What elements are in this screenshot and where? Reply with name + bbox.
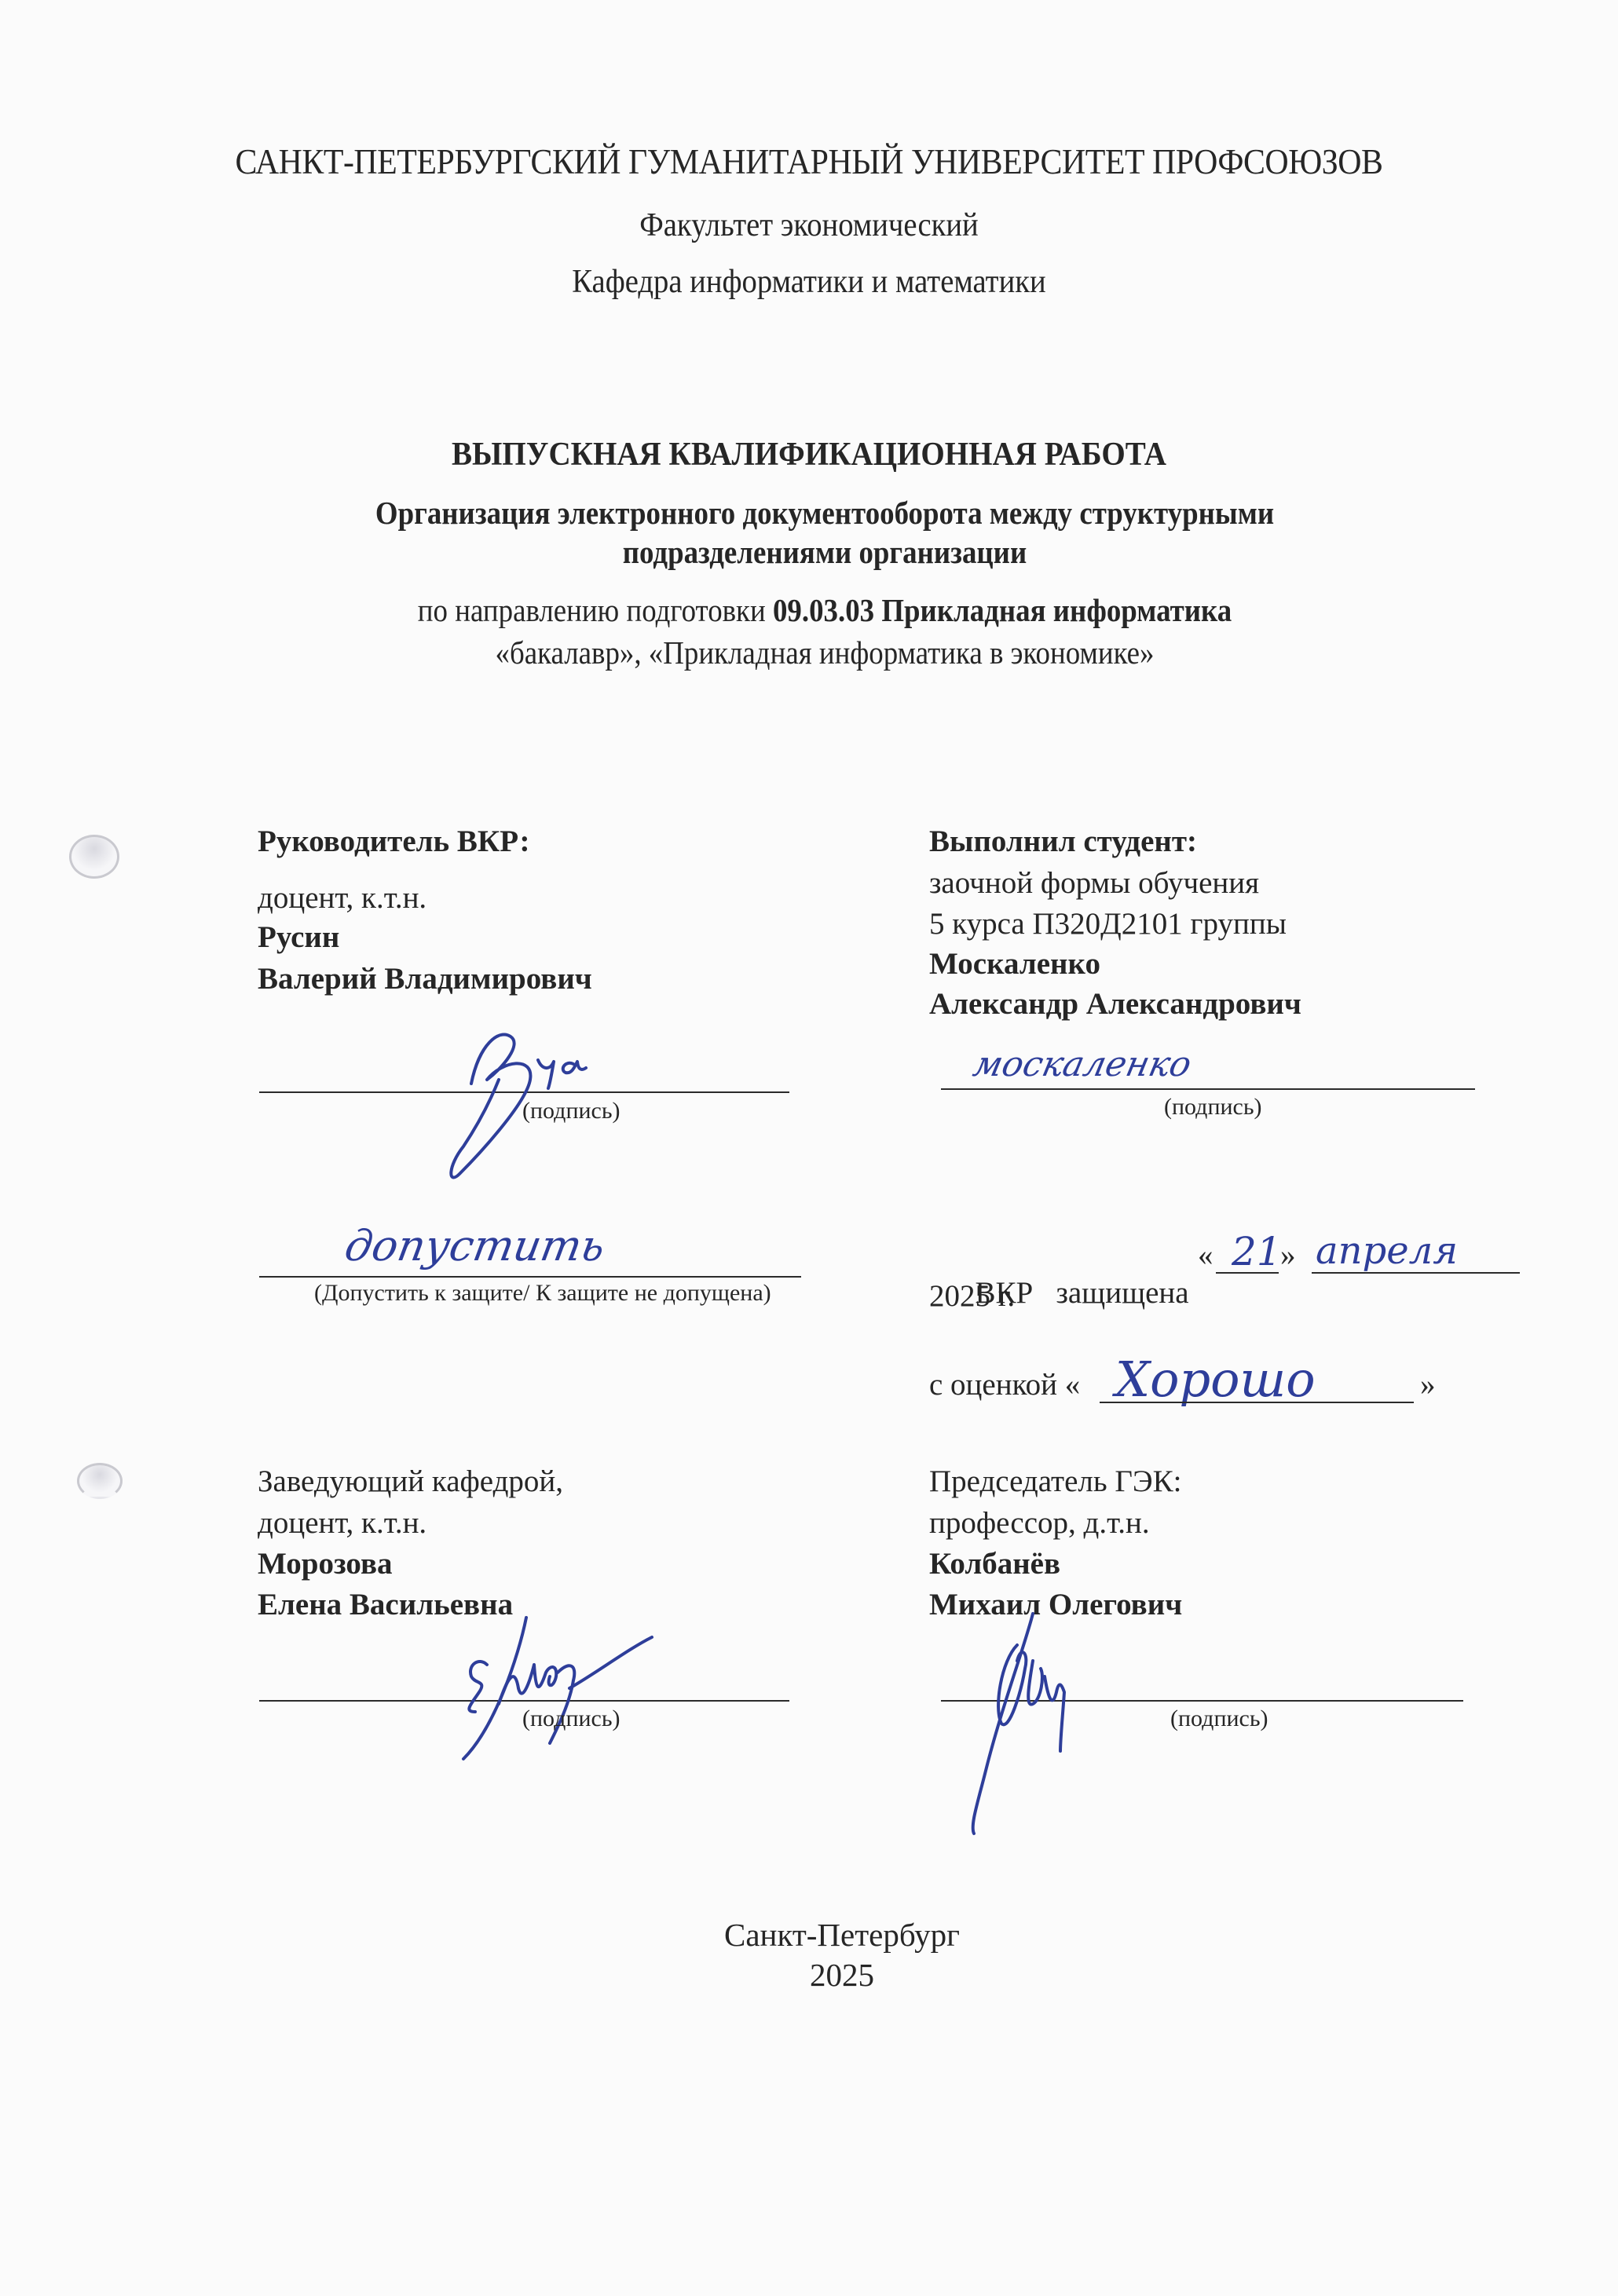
student-form: заочной формы обучения (929, 865, 1259, 902)
admission-caption: (Допустить к защите/ К защите не допущен… (314, 1280, 771, 1307)
chair-signature (954, 1614, 1088, 1841)
direction-prefix: по направлению подготовки (418, 592, 773, 628)
direction-line: по направлению подготовки 09.03.03 Прикл… (97, 590, 1553, 630)
grade-close-quote: » (1420, 1366, 1436, 1404)
student-signature: москаленко (970, 1044, 1195, 1084)
supervisor-heading: Руководитель ВКР: (258, 823, 529, 861)
grade-label: с оценкой « (929, 1366, 1080, 1404)
defense-year: 2025 г. (929, 1278, 1015, 1315)
work-theme-line1: Организация электронного документооборот… (97, 493, 1553, 532)
student-name: Александр Александрович (929, 985, 1301, 1023)
student-signature-caption: (подпись) (1164, 1094, 1262, 1121)
chair-heading: Председатель ГЭК: (929, 1463, 1182, 1501)
punch-hole-top (69, 835, 119, 879)
head-heading: Заведующий кафедрой, (258, 1463, 563, 1501)
head-signature-caption: (подпись) (522, 1706, 620, 1732)
university-name: САНКТ-ПЕТЕРБУРГСКИЙ ГУМАНИТАРНЫЙ УНИВЕРС… (57, 141, 1561, 182)
department-name: Кафедра информатики и математики (64, 263, 1553, 301)
defense-month: апреля (1316, 1229, 1458, 1273)
chair-signature-caption: (подпись) (1170, 1706, 1268, 1732)
profile-line: «бакалавр», «Прикладная информатика в эк… (97, 633, 1553, 672)
work-type: ВЫПУСКНАЯ КВАЛИФИКАЦИОННАЯ РАБОТА (57, 436, 1561, 473)
student-signature-line (941, 1088, 1475, 1090)
chair-surname: Колбанёв (929, 1545, 1060, 1583)
punch-hole-bottom (77, 1463, 123, 1499)
student-heading: Выполнил студент: (929, 823, 1197, 861)
defense-day: 21 (1232, 1229, 1282, 1274)
chair-position: профессор, д.т.н. (929, 1504, 1150, 1542)
supervisor-surname: Русин (258, 919, 339, 956)
grade-line (1100, 1402, 1414, 1403)
direction-code: 09.03.03 Прикладная информатика (773, 592, 1232, 628)
admission-handwritten: допустить (341, 1221, 609, 1270)
defense-open-quote: « (1198, 1237, 1213, 1274)
faculty-name: Факультет экономический (64, 207, 1553, 244)
footer-city: Санкт-Петербург (33, 1916, 1618, 1954)
defense-close-quote: » (1280, 1237, 1296, 1274)
head-signature (440, 1618, 691, 1767)
student-surname: Москаленко (929, 945, 1100, 983)
work-theme-line2: подразделениями организации (97, 532, 1553, 572)
defense-month-line (1312, 1272, 1520, 1274)
supervisor-name: Валерий Владимирович (258, 960, 592, 998)
student-course-group: 5 курса П320Д2101 группы (929, 905, 1287, 943)
head-position: доцент, к.т.н. (258, 1504, 426, 1542)
head-surname: Морозова (258, 1545, 393, 1583)
supervisor-position: доцент, к.т.н. (258, 879, 426, 917)
title-page: САНКТ-ПЕТЕРБУРГСКИЙ ГУМАНИТАРНЫЙ УНИВЕРС… (0, 0, 1618, 2296)
defense-day-line (1216, 1272, 1279, 1274)
footer-year: 2025 (33, 1956, 1618, 1994)
grade-value: Хорошо (1115, 1351, 1316, 1408)
supervisor-signature-caption: (подпись) (522, 1098, 620, 1124)
admission-line (259, 1276, 801, 1278)
